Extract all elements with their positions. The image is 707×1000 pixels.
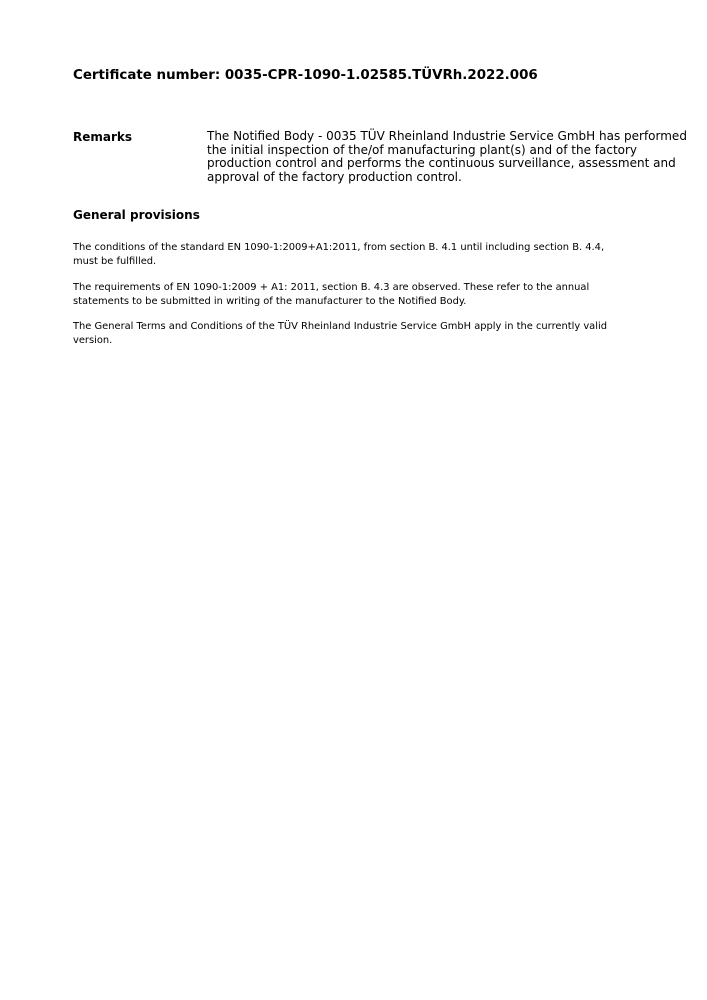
paragraph-line: The conditions of the standard EN 1090-1… — [73, 241, 633, 255]
certificate-number-heading: Certificate number: 0035-CPR-1090-1.0258… — [73, 68, 538, 83]
remarks-line: the initial inspection of the/of manufac… — [207, 144, 647, 158]
remarks-label: Remarks — [73, 130, 132, 144]
paragraph-line: version. — [73, 334, 633, 348]
remarks-line: production control and performs the cont… — [207, 157, 647, 171]
paragraph-line: The General Terms and Conditions of the … — [73, 320, 633, 334]
provision-paragraph-terms-conditions: The General Terms and Conditions of the … — [73, 320, 633, 347]
remarks-text: The Notified Body - 0035 TÜV Rheinland I… — [207, 130, 647, 184]
general-provisions-heading: General provisions — [73, 208, 200, 222]
remarks-line: approval of the factory production contr… — [207, 171, 647, 185]
provision-paragraph-annual-statements: The requirements of EN 1090-1:2009 + A1:… — [73, 281, 633, 308]
provision-paragraph-standard-conditions: The conditions of the standard EN 1090-1… — [73, 241, 633, 268]
paragraph-line: The requirements of EN 1090-1:2009 + A1:… — [73, 281, 633, 295]
paragraph-line: statements to be submitted in writing of… — [73, 295, 633, 309]
paragraph-line: must be fulfilled. — [73, 255, 633, 269]
remarks-line: The Notified Body - 0035 TÜV Rheinland I… — [207, 130, 647, 144]
